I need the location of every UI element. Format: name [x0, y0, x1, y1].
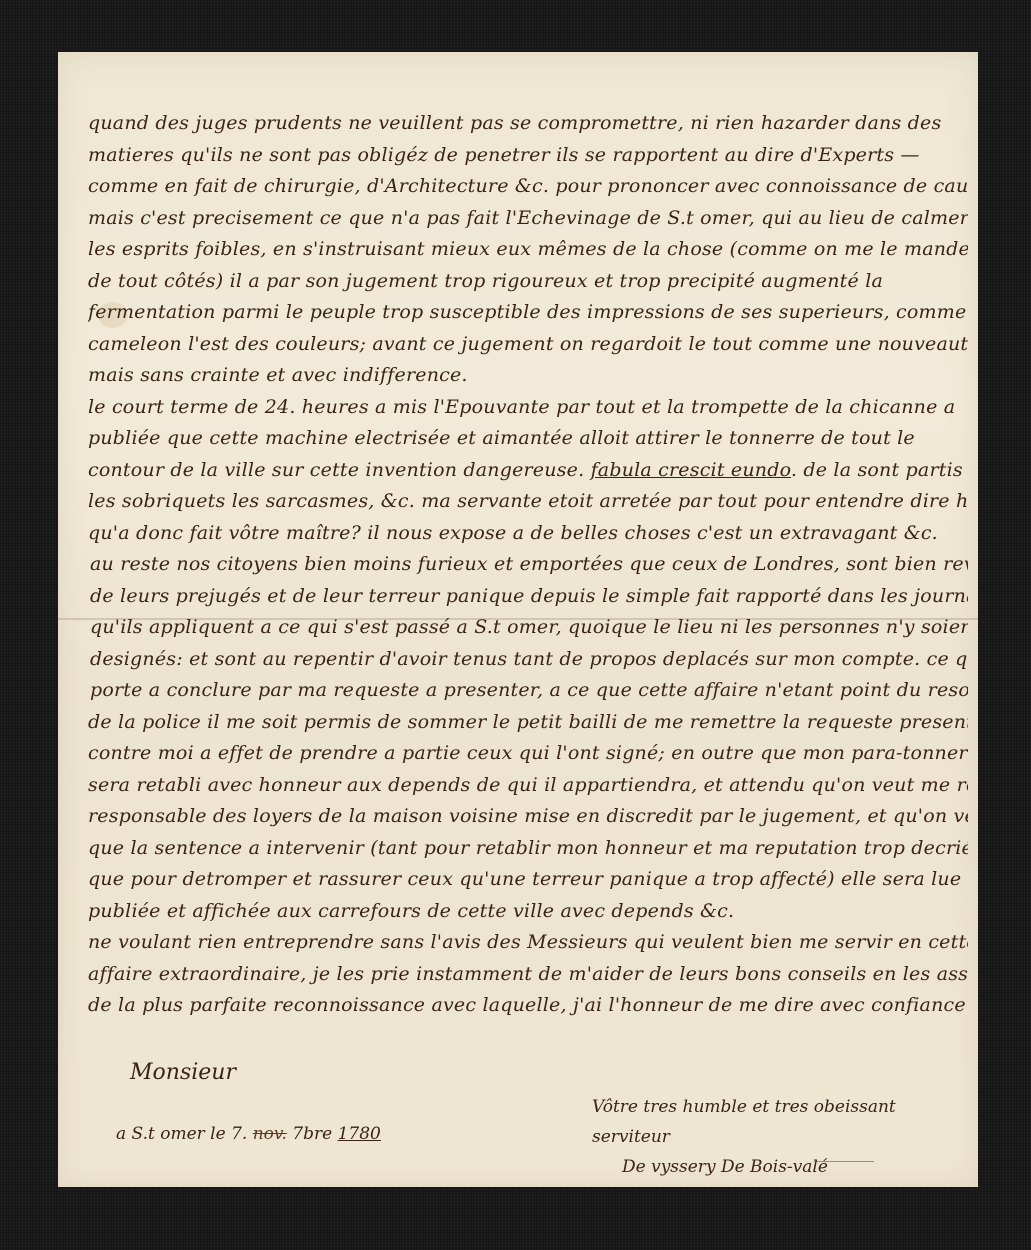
body-line: publiée et affichée aux carrefours de ce… [88, 896, 968, 928]
body-line: responsable des loyers de la maison vois… [88, 801, 968, 833]
body-line: au reste nos citoyens bien moins furieux… [88, 549, 968, 581]
body-line: que la sentence a intervenir (tant pour … [88, 833, 968, 865]
latin-phrase: fabula crescit eundo [591, 459, 791, 481]
body-line: comme en fait de chirurgie, d'Architectu… [88, 171, 968, 203]
body-line: de tout côtés) il a par son jugement tro… [88, 266, 968, 298]
closing-block: Vôtre tres humble et tres obeissant serv… [592, 1092, 978, 1182]
body-line: mais c'est precisement ce que n'a pas fa… [88, 203, 968, 235]
body-line: ne voulant rien entreprendre sans l'avis… [88, 927, 968, 959]
letter-page: quand des juges prudents ne veuillent pa… [58, 52, 978, 1187]
body-line: les esprits foibles, en s'instruisant mi… [88, 234, 968, 266]
body-line: quand des juges prudents ne veuillent pa… [88, 108, 968, 140]
body-line: cameleon l'est des couleurs; avant ce ju… [88, 329, 968, 361]
date-struck-word: nov. [253, 1124, 287, 1144]
body-line: contre moi a effet de prendre a partie c… [88, 738, 968, 770]
body-line: les sobriquets les sarcasmes, &c. ma ser… [88, 486, 968, 518]
date-month: 7bre [292, 1124, 332, 1144]
signature: De vyssery De Bois-valé [592, 1152, 978, 1182]
body-line: sera retabli avec honneur aux depends de… [88, 770, 968, 802]
body-line: publiée que cette machine electrisée et … [88, 423, 968, 455]
body-line: de la plus parfaite reconnoissance avec … [88, 990, 968, 1022]
salutation: Monsieur [130, 1060, 236, 1085]
body-line: de leurs prejugés et de leur terreur pan… [88, 581, 968, 613]
body-line: qu'a donc fait vôtre maître? il nous exp… [88, 518, 968, 550]
body-line: mais sans crainte et avec indifference. [88, 360, 968, 392]
body-line: matieres qu'ils ne sont pas obligéz de p… [88, 140, 968, 172]
body-line: affaire extraordinaire, je les prie inst… [88, 959, 968, 991]
body-line: le court terme de 24. heures a mis l'Epo… [88, 392, 968, 424]
body-line: designés: et sont au repentir d'avoir te… [88, 644, 968, 676]
signature-flourish [814, 1147, 883, 1162]
body-line: que pour detromper et rassurer ceux qu'u… [88, 864, 968, 896]
dateline: a S.t omer le 7. nov. 7bre 1780 [116, 1124, 381, 1144]
body-line: porte a conclure par ma requeste a prese… [88, 675, 968, 707]
body-line: de la police il me soit permis de sommer… [88, 707, 968, 739]
closing-formula: Vôtre tres humble et tres obeissant serv… [592, 1092, 978, 1152]
body-line: contour de la ville sur cette invention … [88, 455, 968, 487]
body-line: fermentation parmi le peuple trop suscep… [88, 297, 968, 329]
date-place: a S.t omer le 7. [116, 1124, 247, 1144]
date-year: 1780 [338, 1124, 381, 1144]
body-line: qu'ils appliquent a ce qui s'est passé a… [88, 612, 968, 644]
letter-body: quand des juges prudents ne veuillent pa… [88, 108, 968, 1022]
